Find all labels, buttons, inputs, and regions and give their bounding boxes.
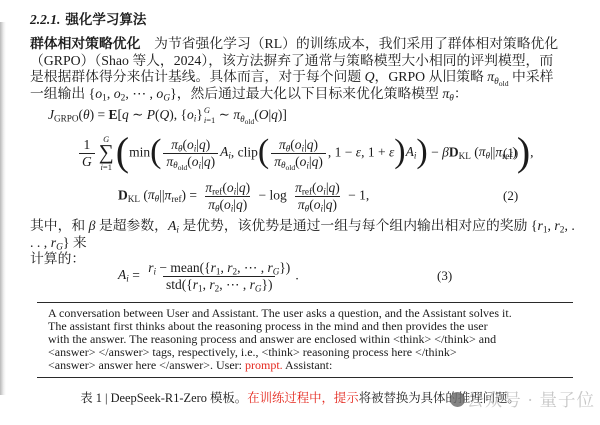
watermark: 公众号 · 量子位 xyxy=(450,387,595,412)
equation-3-advantage: Ai = ri − mean({r1, r2, ⋯ , rG})std({r1,… xyxy=(30,252,574,300)
equation-number-2: (2) xyxy=(503,188,518,204)
scan-artifact-edge xyxy=(0,22,6,395)
equation-1-grpo-objective: 1GG∑i=1(min(πθ(oi|q)πθold(oi|q)Ai, clip(… xyxy=(30,128,574,178)
equation-2-kl-divergence: DKL (πθ||πref) = πref(oi|q)πθ(oi|q) − lo… xyxy=(30,178,574,214)
watermark-text: 公众号 · 量子位 xyxy=(466,387,595,412)
watermark-logo-icon xyxy=(450,392,465,407)
paper-page: 2.2.1.强化学习算法 群体相对策略优化 为节省强化学习（RL）的训练成本，我… xyxy=(0,0,600,425)
equation-content: Ai = ri − mean({r1, r2, ⋯ , rG})std({r1,… xyxy=(118,260,299,293)
equation-number-1: (1) xyxy=(503,145,518,161)
paragraph-grpo-intro: 群体相对策略优化 为节省强化学习（RL）的训练成本，我们采用了群体相对策略优化（… xyxy=(30,36,575,102)
section-number: 2.2.1. xyxy=(30,12,60,27)
equation-objective-line1: JGRPO(θ) = E[q ∼ P(Q), {oi}Gi=1 ∼ πθold(… xyxy=(30,104,574,128)
table-1-template-box: A conversation between User and Assistan… xyxy=(37,302,573,378)
equation-number-3: (3) xyxy=(437,268,452,284)
section-title: 强化学习算法 xyxy=(65,12,146,27)
equation-content: JGRPO(θ) = E[q ∼ P(Q), {oi}Gi=1 ∼ πθold(… xyxy=(48,106,287,126)
section-heading: 2.2.1.强化学习算法 xyxy=(30,8,146,28)
caption-red-part: 在训练过程中，提示 xyxy=(247,391,359,405)
template-prompt-placeholder: prompt. xyxy=(245,358,283,372)
equation-content: DKL (πθ||πref) = πref(oi|q)πθ(oi|q) − lo… xyxy=(118,180,369,213)
template-text-after: Assistant: xyxy=(283,358,333,372)
caption-prefix: 表 1 | DeepSeek-R1-Zero 模板。 xyxy=(80,391,247,405)
equation-content: 1GG∑i=1(min(πθ(oi|q)πθold(oi|q)Ai, clip(… xyxy=(77,135,534,172)
